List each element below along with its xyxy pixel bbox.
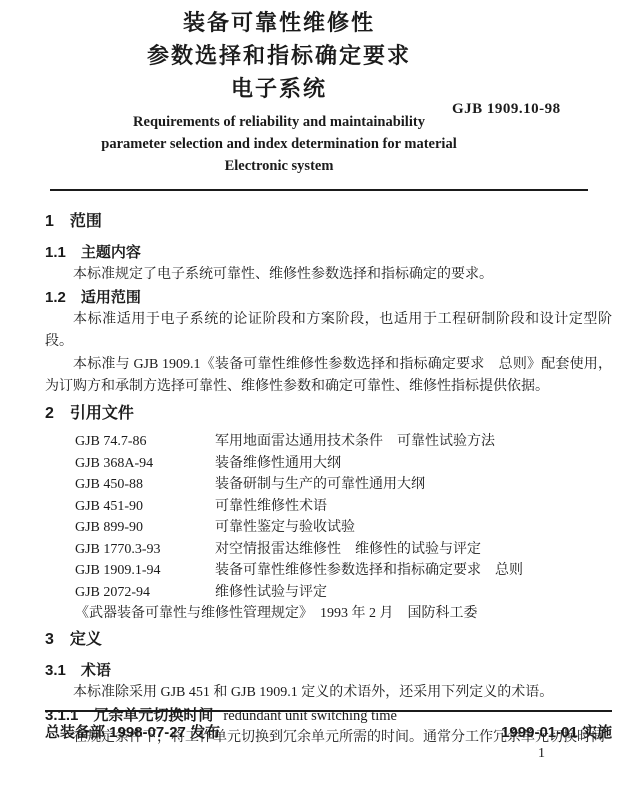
reference-title: 装备维修性通用大纲	[215, 453, 612, 475]
document-title-en-line3: Electronic system	[0, 155, 558, 177]
footer: 总装备部 1998-07-27 发布 1999-01-01 实施	[45, 721, 612, 742]
section-1-2-paragraph-2: 本标准与 GJB 1909.1《装备可靠性维修性参数选择和指标确定要求 总则》配…	[45, 354, 612, 398]
reference-code: GJB 451-90	[75, 496, 215, 518]
section-3-1-paragraph: 本标准除采用 GJB 451 和 GJB 1909.1 定义的术语外，还采用下列…	[45, 682, 612, 704]
title-block: 装备可靠性维修性 参数选择和指标确定要求 电子系统 Requirements o…	[0, 6, 558, 177]
reference-row: GJB 451-90 可靠性维修性术语	[45, 496, 612, 518]
reference-title: 军用地面雷达通用技术条件 可靠性试验方法	[215, 431, 612, 453]
reference-code: GJB 450-88	[75, 474, 215, 496]
reference-list: GJB 74.7-86 军用地面雷达通用技术条件 可靠性试验方法 GJB 368…	[45, 431, 612, 625]
reference-code: GJB 368A-94	[75, 453, 215, 475]
reference-row: GJB 899-90 可靠性鉴定与验收试验	[45, 517, 612, 539]
reference-title: 可靠性维修性术语	[215, 496, 612, 518]
document-title-en-line2: parameter selection and index determinat…	[0, 133, 558, 155]
footer-rule	[45, 710, 612, 712]
reference-code: GJB 1770.3-93	[75, 539, 215, 561]
section-1-1-paragraph: 本标准规定了电子系统可靠性、维修性参数选择和指标确定的要求。	[45, 264, 612, 286]
reference-title: 维修性试验与评定	[215, 582, 612, 604]
reference-row: GJB 1770.3-93 对空情报雷达维修性 维修性的试验与评定	[45, 539, 612, 561]
reference-extra: 《武器装备可靠性与维修性管理规定》 1993 年 2 月 国防科工委	[45, 603, 612, 625]
reference-row: GJB 450-88 装备研制与生产的可靠性通用大纲	[45, 474, 612, 496]
section-3-1-heading: 3.1 术语	[45, 661, 612, 681]
section-2-heading: 2 引用文件	[45, 404, 612, 424]
reference-row: GJB 368A-94 装备维修性通用大纲	[45, 453, 612, 475]
reference-code: GJB 2072-94	[75, 582, 215, 604]
reference-row: GJB 1909.1-94 装备可靠性维修性参数选择和指标确定要求 总则	[45, 560, 612, 582]
implement-info: 1999-01-01 实施	[501, 721, 612, 742]
reference-row: GJB 2072-94 维修性试验与评定	[45, 582, 612, 604]
reference-title: 对空情报雷达维修性 维修性的试验与评定	[215, 539, 612, 561]
section-3-heading: 3 定义	[45, 630, 612, 650]
document-page: 装备可靠性维修性 参数选择和指标确定要求 电子系统 Requirements o…	[0, 0, 627, 793]
section-1-1-heading: 1.1 主题内容	[45, 243, 612, 263]
document-title-zh-line2: 参数选择和指标确定要求	[0, 39, 558, 72]
reference-title: 装备研制与生产的可靠性通用大纲	[215, 474, 612, 496]
page-number: 1	[538, 746, 545, 762]
header-rule	[50, 189, 588, 191]
standard-number: GJB 1909.10-98	[452, 101, 561, 118]
section-1-heading: 1 范围	[45, 212, 612, 232]
reference-title: 装备可靠性维修性参数选择和指标确定要求 总则	[215, 560, 612, 582]
reference-code: GJB 1909.1-94	[75, 560, 215, 582]
document-title-zh-line1: 装备可靠性维修性	[0, 6, 558, 39]
reference-code: GJB 74.7-86	[75, 431, 215, 453]
section-1-2-heading: 1.2 适用范围	[45, 288, 612, 308]
document-body: 1 范围 1.1 主题内容 本标准规定了电子系统可靠性、维修性参数选择和指标确定…	[45, 200, 612, 749]
section-1-2-paragraph-1: 本标准适用于电子系统的论证阶段和方案阶段，也适用于工程研制阶段和设计定型阶段。	[45, 309, 612, 353]
issue-info: 总装备部 1998-07-27 发布	[45, 721, 220, 742]
reference-code: GJB 899-90	[75, 517, 215, 539]
reference-title: 可靠性鉴定与验收试验	[215, 517, 612, 539]
reference-row: GJB 74.7-86 军用地面雷达通用技术条件 可靠性试验方法	[45, 431, 612, 453]
